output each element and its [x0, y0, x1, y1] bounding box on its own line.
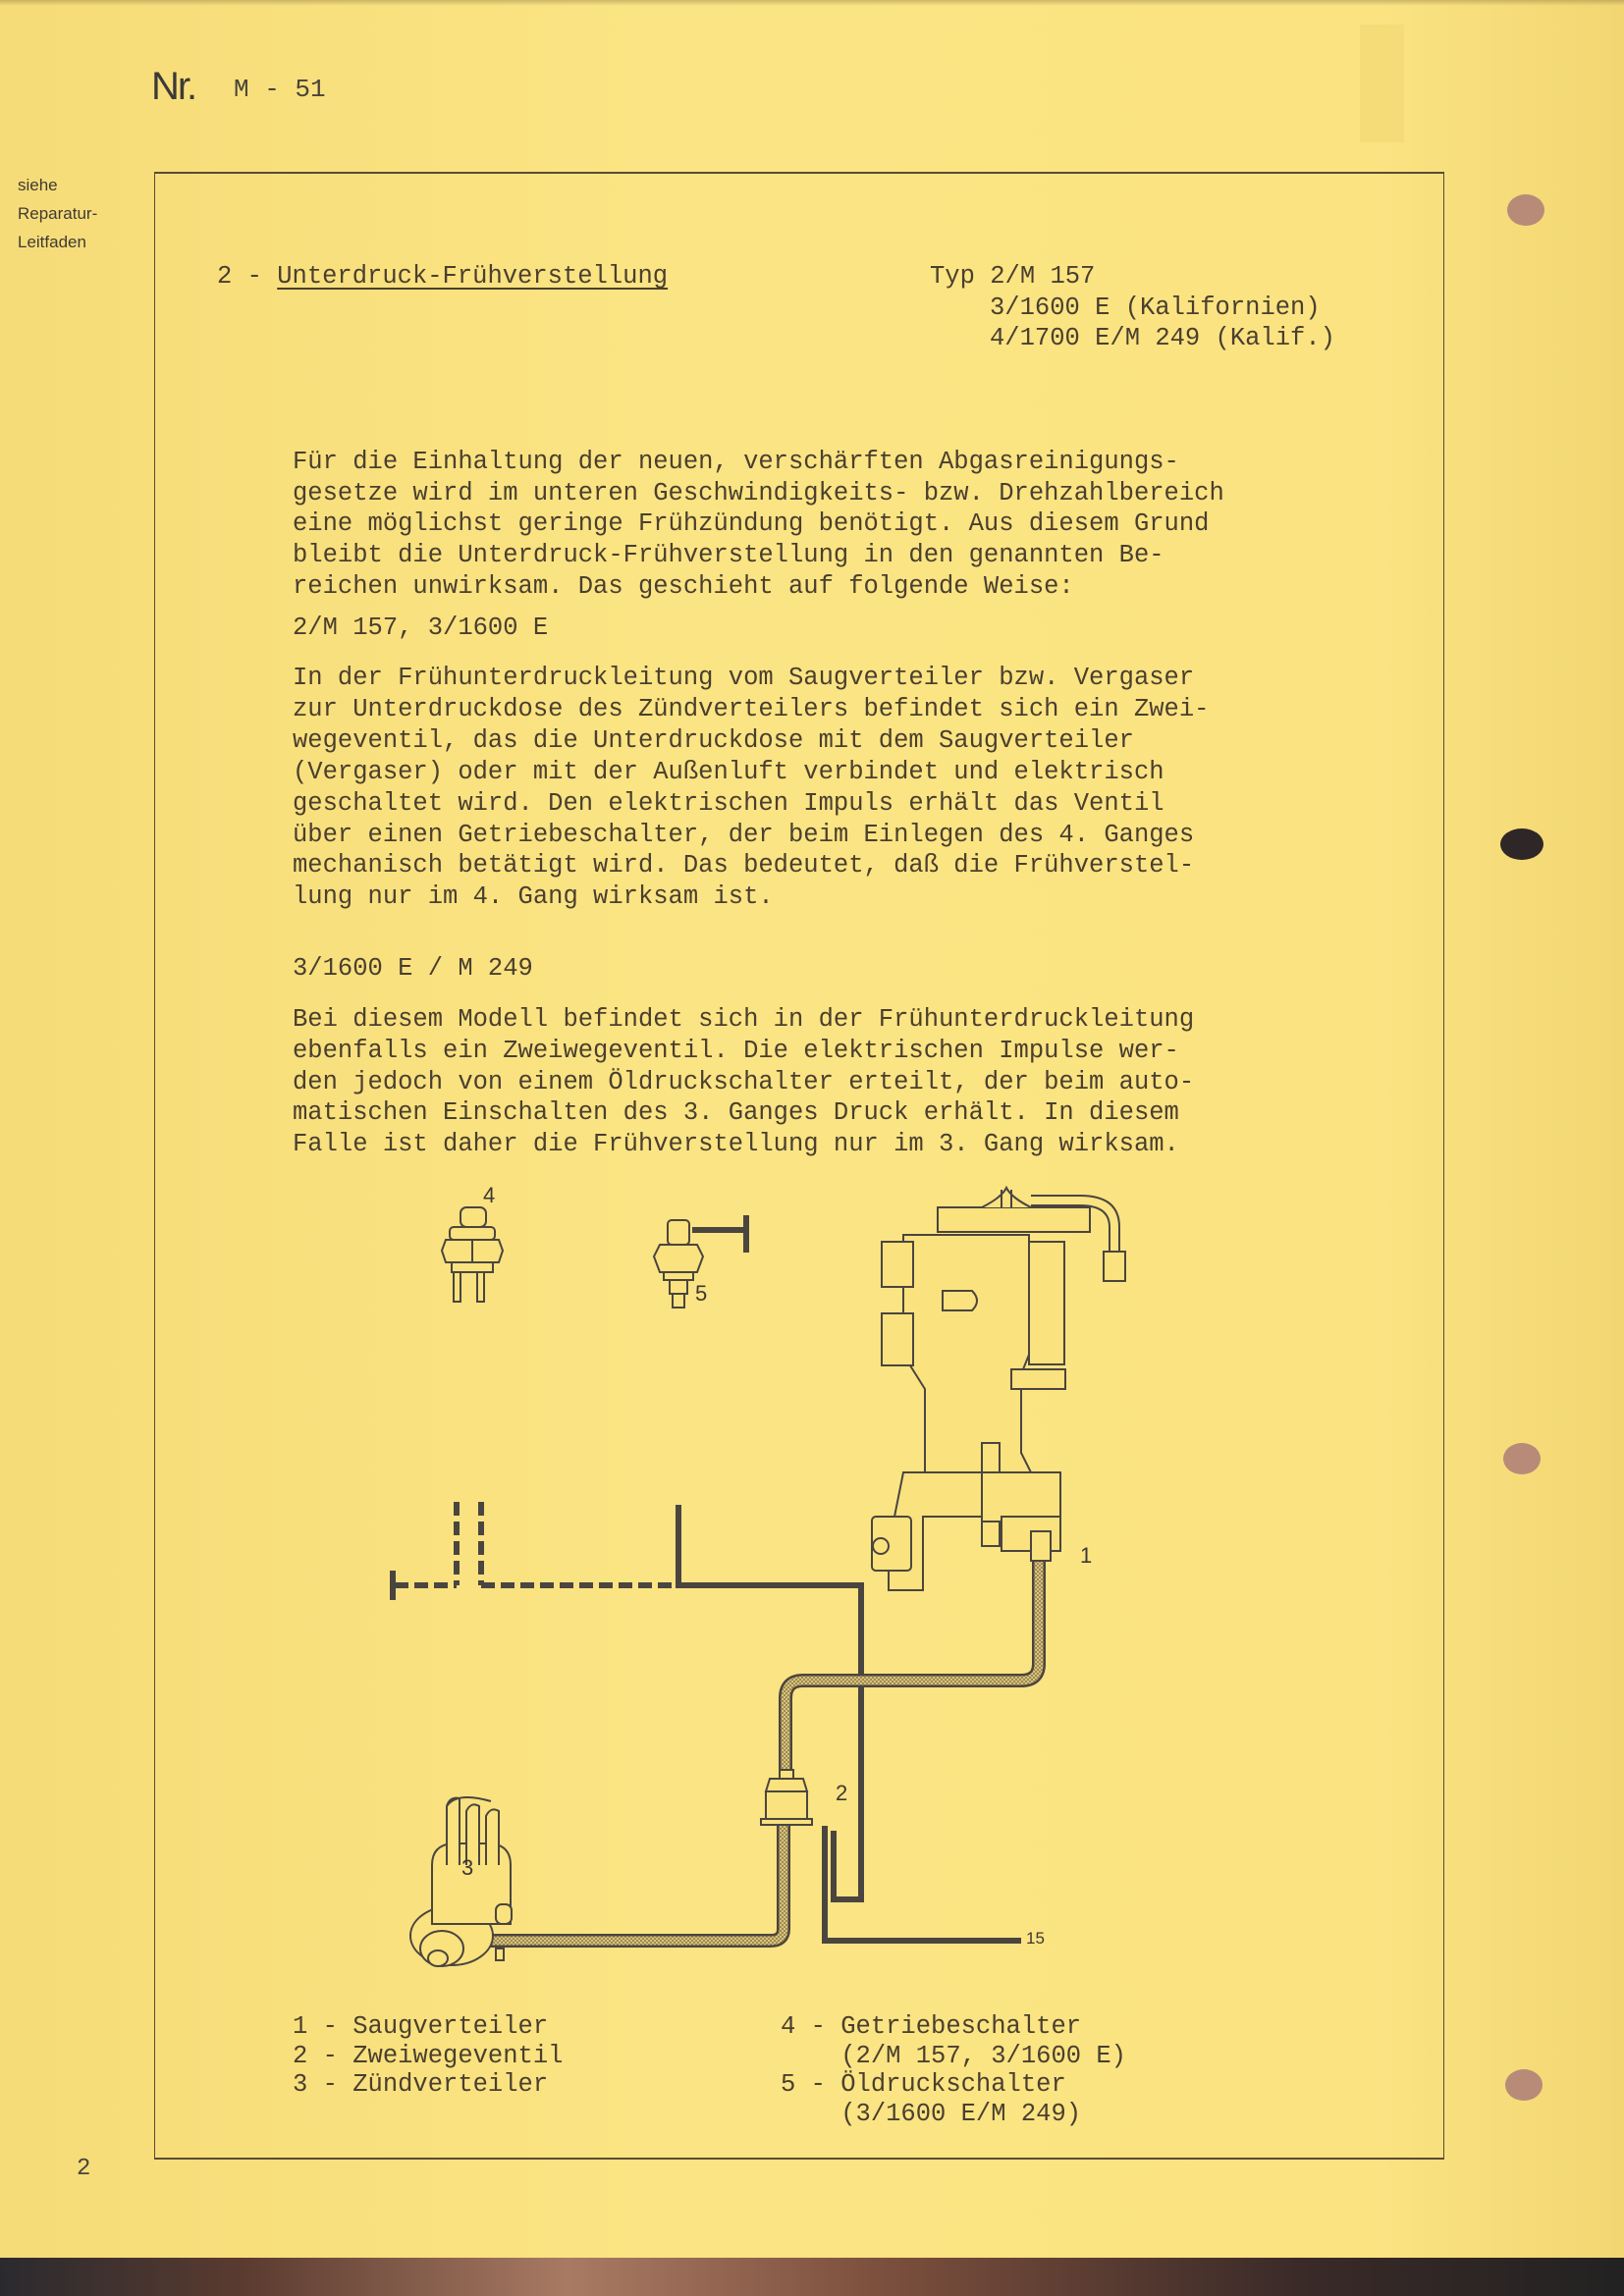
subsection-paragraph: In der Frühunterdruckleitung vom Saugver… [293, 663, 1209, 913]
legend-item: 2 - Zweiwegeventil [293, 2042, 563, 2071]
text-line: bleibt die Unterdruck-Frühverstellung in… [293, 540, 1224, 571]
bleed-through-mark [1360, 25, 1404, 142]
type-item: 3/1600 E (Kalifornien) [930, 293, 1335, 324]
legend-right: 4 - Getriebeschalter (2/M 157, 3/1600 E)… [781, 2012, 1126, 2128]
legend-item: 5 - Öldruckschalter [781, 2070, 1126, 2100]
punch-hole [1507, 194, 1544, 226]
punch-hole [1503, 1443, 1541, 1474]
model-types: Typ 2/M 1573/1600 E (Kalifornien)4/1700 … [930, 261, 1335, 354]
bottom-edge-shadow [0, 2258, 1624, 2296]
subsection-heading: 3/1600 E / M 249 [293, 953, 533, 985]
text-line: mechanisch betätigt wird. Das bedeutet, … [293, 850, 1209, 881]
text-line: eine möglichst geringe Frühzündung benöt… [293, 508, 1224, 540]
text-line: den jedoch von einem Öldruckschalter ert… [293, 1067, 1194, 1098]
text-line: lung nur im 4. Gang wirksam ist. [293, 881, 1209, 913]
legend-item: (3/1600 E/M 249) [781, 2100, 1126, 2129]
punch-hole [1505, 2069, 1543, 2101]
type-item: 2/M 157 [990, 262, 1095, 291]
callout-1: 1 [1080, 1543, 1092, 1569]
types-label: Typ [930, 262, 975, 291]
text-line: über einen Getriebeschalter, der beim Ei… [293, 820, 1209, 851]
text-line: matischen Einschalten des 3. Ganges Druc… [293, 1097, 1194, 1129]
legend-left: 1 - Saugverteiler2 - Zweiwegeventil3 - Z… [293, 2012, 563, 2100]
side-note-line: Leitfaden [18, 228, 97, 256]
text-line: reichen unwirksam. Das geschieht auf fol… [293, 571, 1224, 603]
legend-item: 1 - Saugverteiler [293, 2012, 563, 2042]
section-number: 2 - [217, 262, 277, 291]
document-code: M - 51 [234, 75, 326, 104]
legend-item: 4 - Getriebeschalter [781, 2012, 1126, 2042]
section-heading: 2 - Unterdruck-Frühverstellung [217, 261, 668, 293]
text-line: Falle ist daher die Frühverstellung nur … [293, 1129, 1194, 1160]
text-line: wegeventil, das die Unterdruckdose mit d… [293, 725, 1209, 757]
text-line: ebenfalls ein Zweiwegeventil. Die elektr… [293, 1036, 1194, 1067]
intro-paragraph: Für die Einhaltung der neuen, verschärft… [293, 415, 1224, 634]
text-line: gesetze wird im unteren Geschwindigkeits… [293, 478, 1224, 509]
text-line: Bei diesem Modell befindet sich in der F… [293, 1004, 1194, 1036]
side-note-line: siehe [18, 171, 97, 199]
text-line: (Vergaser) oder mit der Außenluft verbin… [293, 757, 1209, 788]
vacuum-advance-diagram: 4 5 1 2 3 15 [373, 1178, 1257, 1983]
text-line: In der Frühunterdruckleitung vom Saugver… [293, 663, 1209, 694]
legend-item: (2/M 157, 3/1600 E) [781, 2042, 1126, 2071]
side-note-line: Reparatur- [18, 199, 97, 228]
subsection-heading: 2/M 157, 3/1600 E [293, 613, 548, 644]
type-item: 4/1700 E/M 249 (Kalif.) [930, 323, 1335, 354]
header-nr-label: Nr. [151, 65, 195, 109]
top-edge-shadow [0, 0, 1624, 6]
side-note: siehe Reparatur- Leitfaden [18, 171, 97, 256]
text-line: zur Unterdruckdose des Zündverteilers be… [293, 694, 1209, 725]
section-title: Unterdruck-Frühverstellung [277, 262, 668, 291]
callout-2: 2 [836, 1781, 847, 1806]
page-number: 2 [77, 2156, 90, 2182]
text-line: geschaltet wird. Den elektrischen Impuls… [293, 788, 1209, 820]
punch-hole [1500, 828, 1543, 860]
callout-4: 4 [483, 1183, 495, 1208]
subsection-paragraph: Bei diesem Modell befindet sich in der F… [293, 1004, 1194, 1160]
text-line: Für die Einhaltung der neuen, verschärft… [293, 447, 1224, 478]
callout-5: 5 [695, 1281, 707, 1307]
legend-item: 3 - Zündverteiler [293, 2070, 563, 2100]
terminal-15-label: 15 [1026, 1929, 1045, 1949]
callout-3: 3 [461, 1855, 473, 1881]
